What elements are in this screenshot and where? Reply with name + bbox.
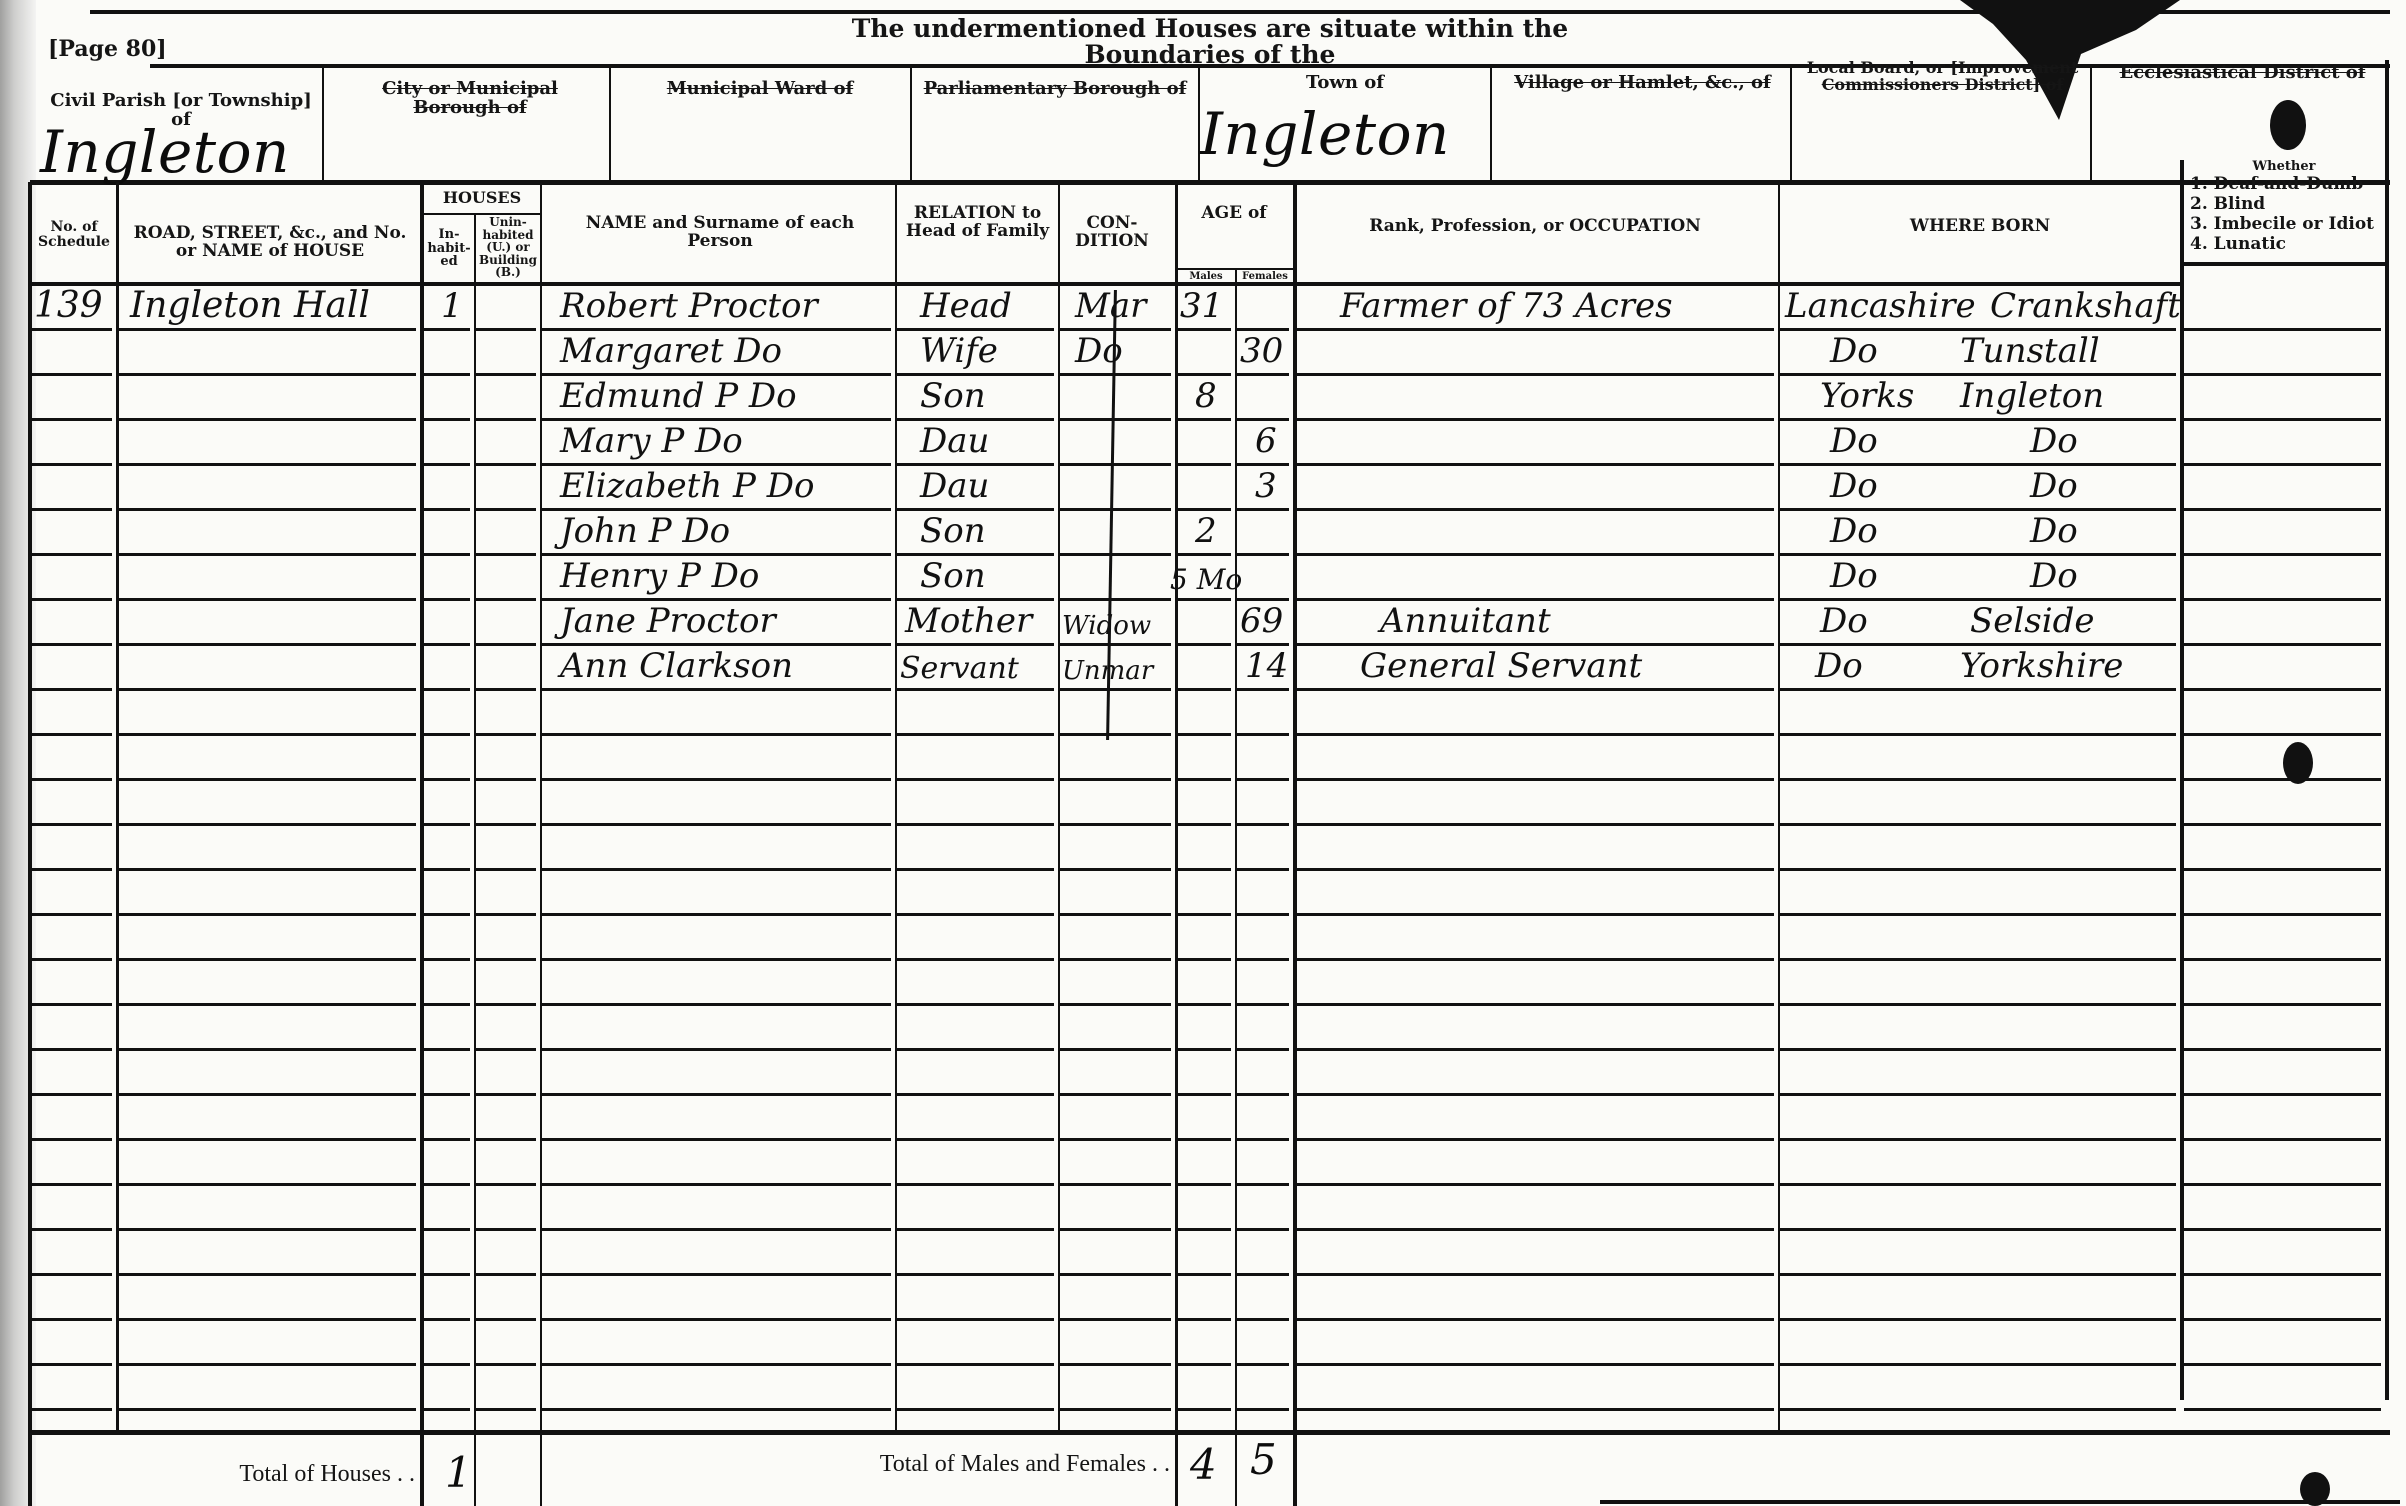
area-label-municipal-borough: City or Municipal Borough of bbox=[340, 80, 600, 118]
row-rule bbox=[119, 598, 416, 601]
rule-totals-top bbox=[30, 1430, 2390, 1435]
person-age-male: 8 bbox=[1195, 375, 1217, 420]
person-born-place: Do bbox=[2030, 465, 2078, 510]
row-rule bbox=[1237, 1408, 1289, 1411]
row-rule bbox=[1178, 1408, 1231, 1411]
row-rule bbox=[1060, 1138, 1171, 1141]
row-rule bbox=[2184, 643, 2381, 646]
row-rule bbox=[1297, 553, 1774, 556]
person-born-county: Do bbox=[1820, 600, 1868, 645]
row-rule bbox=[1178, 463, 1231, 466]
row-rule bbox=[119, 1093, 416, 1096]
row-rule bbox=[476, 418, 536, 421]
row-rule bbox=[1297, 958, 1774, 961]
row-rule bbox=[1297, 1138, 1774, 1141]
row-rule bbox=[1178, 1183, 1231, 1186]
row-rule bbox=[1178, 778, 1231, 781]
row-rule bbox=[424, 508, 470, 511]
row-rule bbox=[476, 553, 536, 556]
census-page: [Page 80] The undermentioned Houses are … bbox=[0, 0, 2406, 1506]
row-rule bbox=[424, 1228, 470, 1231]
row-rule bbox=[119, 1048, 416, 1051]
row-rule bbox=[30, 373, 112, 376]
row-rule bbox=[542, 913, 891, 916]
row-rule bbox=[424, 1363, 470, 1366]
col-divider bbox=[474, 213, 476, 1506]
row-rule bbox=[1178, 958, 1231, 961]
row-rule bbox=[424, 1318, 470, 1321]
row-rule bbox=[476, 373, 536, 376]
row-rule bbox=[1297, 1048, 1774, 1051]
row-rule bbox=[1178, 913, 1231, 916]
row-rule bbox=[2184, 778, 2381, 781]
col-divider bbox=[1778, 182, 1780, 1432]
area-label-town: Town of bbox=[1230, 74, 1460, 93]
row-rule bbox=[1178, 1003, 1231, 1006]
row-rule bbox=[2184, 958, 2381, 961]
row-rule bbox=[1297, 778, 1774, 781]
row-rule bbox=[30, 868, 112, 871]
row-rule bbox=[119, 823, 416, 826]
row-rule bbox=[476, 1273, 536, 1276]
row-rule bbox=[1297, 913, 1774, 916]
row-rule bbox=[30, 508, 112, 511]
area-label-parliamentary-borough: Parliamentary Borough of bbox=[924, 78, 1187, 99]
row-rule bbox=[2184, 1228, 2381, 1231]
person-condition: Mar bbox=[1075, 285, 1146, 330]
header-schedule: No. of Schedule bbox=[32, 220, 116, 249]
row-rule bbox=[30, 1363, 112, 1366]
row-rule bbox=[1178, 1273, 1231, 1276]
rule-top bbox=[90, 10, 2390, 14]
row-rule bbox=[897, 1183, 1054, 1186]
row-rule bbox=[1297, 1228, 1774, 1231]
person-born-county: Do bbox=[1830, 420, 1878, 465]
row-rule bbox=[119, 733, 416, 736]
row-rule bbox=[897, 1318, 1054, 1321]
row-rule bbox=[1780, 733, 2176, 736]
row-rule bbox=[119, 1318, 416, 1321]
row-rule bbox=[1178, 1138, 1231, 1141]
person-relation: Dau bbox=[920, 465, 989, 510]
row-rule bbox=[2184, 463, 2381, 466]
row-rule bbox=[1178, 1363, 1231, 1366]
header-disability-3: 3. Imbecile or Idiot bbox=[2190, 216, 2386, 234]
row-rule bbox=[30, 823, 112, 826]
row-rule bbox=[119, 1408, 416, 1411]
row-rule bbox=[542, 1048, 891, 1051]
row-rule bbox=[1237, 1138, 1289, 1141]
row-rule bbox=[476, 1228, 536, 1231]
area-divider bbox=[1490, 66, 1492, 182]
row-rule bbox=[119, 1363, 416, 1366]
row-rule bbox=[1297, 418, 1774, 421]
row-rule bbox=[476, 1048, 536, 1051]
inhabited-count: 1 bbox=[430, 285, 474, 330]
row-rule bbox=[1060, 508, 1171, 511]
person-relation: Servant bbox=[900, 645, 1019, 690]
row-rule bbox=[1780, 1093, 2176, 1096]
row-rule bbox=[542, 1138, 891, 1141]
row-rule bbox=[424, 643, 470, 646]
row-rule bbox=[1178, 1048, 1231, 1051]
person-born-place: Tunstall bbox=[1960, 330, 2100, 375]
row-rule bbox=[424, 1003, 470, 1006]
row-rule bbox=[476, 1408, 536, 1411]
row-rule bbox=[476, 598, 536, 601]
row-rule bbox=[1297, 1003, 1774, 1006]
header-condition: CON-DITION bbox=[1062, 215, 1162, 251]
row-rule bbox=[1297, 1183, 1774, 1186]
total-persons-label: Total of Males and Females . . bbox=[780, 1452, 1170, 1477]
row-rule bbox=[1237, 1363, 1289, 1366]
row-rule bbox=[1060, 823, 1171, 826]
person-born-county: Lancashire bbox=[1785, 285, 1976, 330]
row-rule bbox=[476, 463, 536, 466]
person-relation: Son bbox=[920, 555, 986, 600]
person-born-county: Do bbox=[1830, 330, 1878, 375]
row-rule bbox=[1060, 463, 1171, 466]
person-condition: Widow bbox=[1062, 600, 1151, 645]
row-rule bbox=[1060, 1093, 1171, 1096]
row-rule bbox=[1297, 1318, 1774, 1321]
row-rule bbox=[542, 1093, 891, 1096]
person-age-female: 69 bbox=[1240, 600, 1283, 645]
header-uninhabited: Unin-habited (U.) or Building (B.) bbox=[476, 216, 540, 279]
person-born-place: Do bbox=[2030, 510, 2078, 555]
row-rule bbox=[30, 913, 112, 916]
row-rule bbox=[1237, 1228, 1289, 1231]
row-rule bbox=[542, 958, 891, 961]
row-rule bbox=[424, 958, 470, 961]
row-rule bbox=[1060, 1003, 1171, 1006]
row-rule bbox=[119, 643, 416, 646]
row-rule bbox=[542, 733, 891, 736]
row-rule bbox=[1060, 1408, 1171, 1411]
row-rule bbox=[119, 373, 416, 376]
row-rule bbox=[897, 1228, 1054, 1231]
header-disability-4: 4. Lunatic bbox=[2190, 236, 2386, 254]
person-name: Mary P Do bbox=[560, 420, 743, 465]
row-rule bbox=[1780, 1048, 2176, 1051]
row-rule bbox=[424, 1183, 470, 1186]
person-born-county: Do bbox=[1830, 555, 1878, 600]
row-rule bbox=[1060, 1228, 1171, 1231]
border-left bbox=[28, 182, 32, 1506]
person-relation: Dau bbox=[920, 420, 989, 465]
row-rule bbox=[424, 733, 470, 736]
row-rule bbox=[1060, 868, 1171, 871]
row-rule bbox=[30, 1093, 112, 1096]
row-rule bbox=[30, 643, 112, 646]
person-born-place: Do bbox=[2030, 420, 2078, 465]
row-rule bbox=[30, 1408, 112, 1411]
row-rule bbox=[1780, 1003, 2176, 1006]
row-rule bbox=[119, 1003, 416, 1006]
row-rule bbox=[1780, 1408, 2176, 1411]
person-occupation: Annuitant bbox=[1380, 600, 1551, 645]
person-name: Henry P Do bbox=[560, 555, 759, 600]
row-rule bbox=[30, 463, 112, 466]
area-divider bbox=[609, 66, 611, 182]
rule-disability-bottom bbox=[2180, 262, 2385, 266]
header-where-born: WHERE BORN bbox=[1785, 218, 2175, 236]
row-rule bbox=[119, 688, 416, 691]
row-rule bbox=[2184, 1048, 2381, 1051]
person-relation: Son bbox=[920, 375, 986, 420]
row-rule bbox=[424, 373, 470, 376]
row-rule bbox=[424, 688, 470, 691]
row-rule bbox=[1297, 463, 1774, 466]
row-rule bbox=[424, 418, 470, 421]
person-age-male: 2 bbox=[1195, 510, 1217, 555]
row-rule bbox=[1780, 868, 2176, 871]
row-rule bbox=[30, 1138, 112, 1141]
row-rule bbox=[424, 823, 470, 826]
row-rule bbox=[119, 1138, 416, 1141]
header-name: NAME and Surname of each Person bbox=[560, 215, 880, 251]
row-rule bbox=[1237, 1273, 1289, 1276]
person-born-county: Do bbox=[1830, 510, 1878, 555]
col-divider bbox=[540, 182, 542, 1506]
area-value-town: Ingleton bbox=[1200, 100, 1450, 168]
person-born-place: Crankshaft bbox=[1990, 285, 2181, 330]
row-rule bbox=[424, 1048, 470, 1051]
row-rule bbox=[1780, 1318, 2176, 1321]
row-rule bbox=[542, 1273, 891, 1276]
row-rule bbox=[30, 733, 112, 736]
row-rule bbox=[2184, 688, 2381, 691]
person-born-place: Ingleton bbox=[1960, 375, 2104, 420]
person-name: Elizabeth P Do bbox=[560, 465, 814, 510]
col-divider bbox=[1293, 182, 1297, 1506]
person-name: Edmund P Do bbox=[560, 375, 797, 420]
row-rule bbox=[2184, 328, 2381, 331]
area-divider bbox=[1790, 66, 1792, 182]
person-name: Jane Proctor bbox=[560, 600, 776, 645]
row-rule bbox=[1237, 1003, 1289, 1006]
row-rule bbox=[119, 778, 416, 781]
row-rule bbox=[30, 688, 112, 691]
area-divider bbox=[2090, 66, 2092, 182]
person-occupation: General Servant bbox=[1360, 645, 1642, 690]
row-rule bbox=[424, 553, 470, 556]
row-rule bbox=[119, 508, 416, 511]
row-rule bbox=[542, 1228, 891, 1231]
person-relation: Son bbox=[920, 510, 986, 555]
row-rule bbox=[2184, 553, 2381, 556]
header-inhabited: In-habit-ed bbox=[424, 228, 474, 269]
row-rule bbox=[119, 1273, 416, 1276]
row-rule bbox=[897, 913, 1054, 916]
row-rule bbox=[897, 1273, 1054, 1276]
row-rule bbox=[1237, 823, 1289, 826]
row-rule bbox=[1780, 823, 2176, 826]
area-value-civil-parish: Ingleton bbox=[40, 118, 290, 186]
person-relation: Head bbox=[920, 285, 1012, 330]
row-rule bbox=[897, 1003, 1054, 1006]
row-rule bbox=[30, 1003, 112, 1006]
row-rule bbox=[1780, 958, 2176, 961]
person-age-male: 5 Mo bbox=[1170, 555, 1242, 600]
row-rule bbox=[1060, 913, 1171, 916]
row-rule bbox=[30, 553, 112, 556]
row-rule bbox=[476, 508, 536, 511]
row-rule bbox=[119, 553, 416, 556]
row-rule bbox=[1060, 1363, 1171, 1366]
row-rule bbox=[476, 1318, 536, 1321]
row-rule bbox=[2184, 733, 2381, 736]
person-age-female: 6 bbox=[1255, 420, 1277, 465]
col-divider bbox=[420, 182, 424, 1506]
row-rule bbox=[897, 1408, 1054, 1411]
row-rule bbox=[476, 1183, 536, 1186]
row-rule bbox=[897, 823, 1054, 826]
row-rule bbox=[1060, 1183, 1171, 1186]
row-rule bbox=[1297, 508, 1774, 511]
row-rule bbox=[119, 1183, 416, 1186]
row-rule bbox=[2184, 508, 2381, 511]
rule-page-bottom bbox=[1600, 1500, 2400, 1504]
row-rule bbox=[2184, 1003, 2381, 1006]
row-rule bbox=[1780, 1183, 2176, 1186]
col-divider bbox=[116, 182, 119, 1432]
row-rule bbox=[424, 1138, 470, 1141]
row-rule bbox=[897, 1363, 1054, 1366]
row-rule bbox=[897, 1138, 1054, 1141]
person-age-female: 14 bbox=[1245, 645, 1288, 690]
row-rule bbox=[1780, 913, 2176, 916]
row-rule bbox=[119, 913, 416, 916]
row-rule bbox=[2184, 868, 2381, 871]
row-rule bbox=[119, 1228, 416, 1231]
border-right bbox=[2385, 60, 2389, 1400]
row-rule bbox=[1178, 868, 1231, 871]
header-females: Females bbox=[1237, 272, 1293, 283]
person-name: Ann Clarkson bbox=[560, 645, 793, 690]
row-rule bbox=[897, 958, 1054, 961]
total-houses-value: 1 bbox=[445, 1448, 472, 1497]
row-rule bbox=[1297, 1273, 1774, 1276]
row-rule bbox=[119, 868, 416, 871]
row-rule bbox=[119, 958, 416, 961]
total-females-value: 5 bbox=[1250, 1435, 1277, 1484]
row-rule bbox=[2184, 1138, 2381, 1141]
row-rule bbox=[1237, 913, 1289, 916]
row-rule bbox=[2184, 1363, 2381, 1366]
schedule-number: 139 bbox=[34, 285, 118, 330]
row-rule bbox=[1237, 733, 1289, 736]
row-rule bbox=[476, 688, 536, 691]
row-rule bbox=[476, 643, 536, 646]
row-rule bbox=[1780, 1138, 2176, 1141]
row-rule bbox=[119, 418, 416, 421]
row-rule bbox=[424, 1273, 470, 1276]
row-rule bbox=[542, 1003, 891, 1006]
header-age: AGE of bbox=[1178, 205, 1290, 223]
row-rule bbox=[1237, 1318, 1289, 1321]
row-rule bbox=[30, 1228, 112, 1231]
row-rule bbox=[119, 463, 416, 466]
row-rule bbox=[2184, 1093, 2381, 1096]
form-title: The undermentioned Houses are situate wi… bbox=[780, 16, 1640, 69]
row-rule bbox=[2184, 913, 2381, 916]
col-divider bbox=[895, 182, 897, 1432]
row-rule bbox=[1297, 1408, 1774, 1411]
rule-area-bottom bbox=[30, 180, 2390, 185]
person-name: John P Do bbox=[560, 510, 730, 555]
row-rule bbox=[2184, 418, 2381, 421]
header-relation: RELATION to Head of Family bbox=[900, 205, 1055, 241]
row-rule bbox=[1060, 1273, 1171, 1276]
area-divider bbox=[322, 66, 324, 182]
row-rule bbox=[542, 823, 891, 826]
person-name: Margaret Do bbox=[560, 330, 782, 375]
total-males-value: 4 bbox=[1190, 1440, 1217, 1489]
header-road: ROAD, STREET, &c., and No. or NAME of HO… bbox=[124, 225, 416, 261]
row-rule bbox=[2184, 373, 2381, 376]
person-relation: Mother bbox=[905, 600, 1032, 645]
row-rule bbox=[1178, 733, 1231, 736]
row-rule bbox=[476, 958, 536, 961]
row-rule bbox=[1178, 688, 1231, 691]
row-rule bbox=[30, 1048, 112, 1051]
row-rule bbox=[476, 1003, 536, 1006]
row-rule bbox=[542, 1183, 891, 1186]
row-rule bbox=[30, 958, 112, 961]
col-divider bbox=[1058, 182, 1060, 1432]
row-rule bbox=[1780, 1228, 2176, 1231]
row-rule bbox=[1060, 778, 1171, 781]
row-rule bbox=[476, 913, 536, 916]
person-age-male: 31 bbox=[1180, 285, 1223, 330]
row-rule bbox=[476, 1138, 536, 1141]
area-label-ecclesiastical: Ecclesiastical District of bbox=[2100, 64, 2385, 83]
row-rule bbox=[476, 733, 536, 736]
header-houses: HOUSES bbox=[424, 190, 540, 207]
ink-blot bbox=[2270, 100, 2306, 150]
row-rule bbox=[897, 868, 1054, 871]
person-age-female: 3 bbox=[1255, 465, 1277, 510]
row-rule bbox=[1237, 778, 1289, 781]
person-name: Robert Proctor bbox=[560, 285, 818, 330]
area-label-village: Village or Hamlet, &c., of bbox=[1500, 74, 1785, 93]
row-rule bbox=[1237, 1093, 1289, 1096]
row-rule bbox=[1237, 553, 1289, 556]
row-rule bbox=[1297, 1363, 1774, 1366]
page-number: [Page 80] bbox=[48, 38, 167, 61]
row-rule bbox=[1060, 1048, 1171, 1051]
row-rule bbox=[30, 778, 112, 781]
row-rule bbox=[1780, 1363, 2176, 1366]
header-disability-2: 2. Blind bbox=[2190, 196, 2386, 214]
header-occupation: Rank, Profession, or OCCUPATION bbox=[1300, 218, 1770, 236]
row-rule bbox=[2184, 1408, 2381, 1411]
row-rule bbox=[542, 1363, 891, 1366]
header-males: Males bbox=[1177, 272, 1235, 283]
row-rule bbox=[30, 598, 112, 601]
row-rule bbox=[1178, 1228, 1231, 1231]
area-label-municipal-ward: Municipal Ward of bbox=[620, 80, 900, 99]
row-rule bbox=[30, 1183, 112, 1186]
rule-age-split bbox=[1175, 268, 1293, 270]
row-rule bbox=[1297, 733, 1774, 736]
row-rule bbox=[1178, 823, 1231, 826]
row-rule bbox=[1297, 868, 1774, 871]
row-rule bbox=[897, 1093, 1054, 1096]
row-rule bbox=[424, 1408, 470, 1411]
row-rule bbox=[476, 778, 536, 781]
